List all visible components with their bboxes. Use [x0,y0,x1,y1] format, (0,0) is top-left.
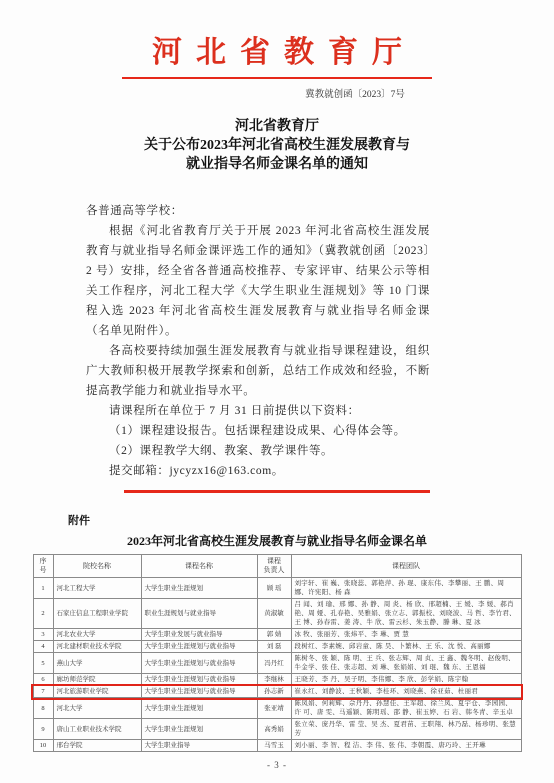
cell-no: 10 [33,740,53,752]
cell-leader: 李继林 [257,674,291,686]
cell-leader: 高秀娟 [257,719,291,740]
table-header-row: 序 号院校名称课程名称课程 负责人课程团队 [33,555,521,578]
cell-team: 冰 牧、张丽芳、张炜平、李 琳、贾 慧 [291,629,521,641]
notice-title: 河北省教育厅 关于公布2023年河北省高校生涯发展教育与 就业指导名师金课名单的… [0,117,554,174]
column-header: 课程名称 [141,555,257,578]
cell-leader: 冯丹红 [257,653,291,674]
cell-course: 大学生职业发展与就业指导 [141,629,257,641]
table-row: 4河北建材职业技术学院大学生职业生涯规划与就业指导刘 磊段树红、李素婉、邱岩童、… [33,641,521,653]
cell-team: 崔永红、刘静波、王秋颖、李桂环、刘晓燕、徐亚茹、杜丽君 [291,686,521,698]
salutation: 各普通高等学校： [86,201,430,221]
cell-team: 陈树冬、张 颖、陈 明、王 兵、张志辉、周 贞、王 鑫、魏冬明、赵俊明、牛金学、… [291,653,521,674]
cell-school: 唐山工业职业技术学院 [53,719,141,740]
cell-no: 9 [33,719,53,740]
cell-course: 大学生职业生涯规划与就业指导 [141,686,257,698]
cell-school: 石家庄信息工程职业学院 [53,599,141,629]
table-row: 1河北工程大学大学生职业生涯规划顾 瑶刘宇轩、崔 巍、张晓蕊、郭艳萍、孙 琨、康… [33,578,521,599]
cell-course: 大学生职业生涯规划 [141,698,257,719]
cell-team: 吕 闻、刘 瑜、邢 娜、孙 静、周 炎、杨 欣、邢超楠、王 媛、李 媛、郝肖艳、… [291,599,521,629]
cell-no: 3 [33,629,53,641]
table-title: 2023年河北省高校生涯发展教育与就业指导名师金课名单 [0,532,554,549]
list-item-1: （1）课程建设报告。包括课程建设成果、心得体会等。 [86,421,430,441]
attachment-label: 附件 [68,512,554,528]
cell-team: 张立荣、庞丹华、雷 莹、吴 杰、夏君苗、王职翔、林乃磊、杨珍明、张慧芳 [291,719,521,740]
cell-no: 7 [33,686,53,698]
document-page: 河北省教育厅 冀教就创函〔2023〕7号 河北省教育厅 关于公布2023年河北省… [0,0,554,783]
cell-course: 大学生职业生涯规划 [141,719,257,740]
course-table-body: 1河北工程大学大学生职业生涯规划顾 瑶刘宇轩、崔 巍、张晓蕊、郭艳萍、孙 琨、康… [33,578,521,752]
cell-course: 大学生职业生涯规划与就业指导 [141,674,257,686]
cell-team: 段树红、李素婉、邱岩童、陈 昊、卜繁林、王 乐、沈 悦、高丽娜 [291,641,521,653]
cell-leader: 顾 瑶 [257,578,291,599]
email-line: 提交邮箱：jycyzx16@163.com。 [86,461,430,481]
table-row: 2石家庄信息工程职业学院职业生涯规划与就业指导黄淑敏吕 闻、刘 瑜、邢 娜、孙 … [33,599,521,629]
cell-no: 4 [33,641,53,653]
table-row-highlighted: 7河北旅游职业学院大学生职业生涯规划与就业指导孙志新崔永红、刘静波、王秋颖、李桂… [33,686,521,698]
cell-course: 大学生职业生涯规划与就业指导 [141,641,257,653]
column-header: 课程团队 [291,555,521,578]
cell-school: 廊坊师范学院 [53,674,141,686]
table-row: 9唐山工业职业技术学院大学生职业生涯规划高秀娟张立荣、庞丹华、雷 莹、吴 杰、夏… [33,719,521,740]
table-row: 5燕山大学大学生职业生涯规划与就业指导冯丹红陈树冬、张 颖、陈 明、王 兵、张志… [33,653,521,674]
cell-course: 大学生职业生涯规划 [141,578,257,599]
cell-school: 河北建材职业技术学院 [53,641,141,653]
notice-title-line1: 河北省教育厅 [0,117,554,136]
column-header: 课程 负责人 [257,555,291,578]
doc-number-text: 冀教就创函〔2023〕7号 [305,90,405,100]
cell-team: 刘宇轩、崔 巍、张晓蕊、郭艳萍、孙 琨、康东伟、李攀丽、王 鹏、周 娜、许宪阳、… [291,578,521,599]
table-row: 3河北农业大学大学生职业发展与就业指导郭 婧冰 牧、张丽芳、张炜平、李 琳、贾 … [33,629,521,641]
course-table: 序 号院校名称课程名称课程 负责人课程团队 1河北工程大学大学生职业生涯规划顾 … [33,554,522,752]
cell-leader: 孙志新 [257,686,291,698]
column-header: 院校名称 [53,555,141,578]
table-row: 10邢台学院大学生职业指导马雪玉刘小丽、李 智、程 洁、李 伟、张 伟、李朝霞、… [33,740,521,752]
cell-no: 2 [33,599,53,629]
cell-leader: 张亚靖 [257,698,291,719]
page-number: - 3 - [0,760,554,770]
list-item-2: （2）课程教学大纲、教案、教学课件等。 [86,441,430,461]
cell-no: 5 [33,653,53,674]
table-row: 6廊坊师范学院大学生职业生涯规划与就业指导李继林王晓芳、李 丹、吴子明、李伟娜、… [33,674,521,686]
cell-team: 王晓芳、李 丹、吴子明、李伟娜、李 欣、彭学娟、陈宇翰 [291,674,521,686]
cell-school: 河北旅游职业学院 [53,686,141,698]
cell-leader: 马雪玉 [257,740,291,752]
cell-team: 刘小丽、李 智、程 洁、李 伟、张 伟、李朝霞、唐巧玲、王开琳 [291,740,521,752]
column-header: 序 号 [33,555,53,578]
cell-course: 大学生职业指导 [141,740,257,752]
cell-no: 6 [33,674,53,686]
cell-school: 燕山大学 [53,653,141,674]
agency-name: 河北省教育厅 [0,0,554,72]
header-red-rule [122,77,432,79]
cell-leader: 郭 婧 [257,629,291,641]
notice-body: 各普通高等学校： 根据《河北省教育厅关于开展 2023 年河北省高校生涯发展教育… [86,201,430,481]
cell-course: 职业生涯规划与就业指导 [141,599,257,629]
cell-course: 大学生职业生涯规划与就业指导 [141,653,257,674]
cell-no: 8 [33,698,53,719]
cell-leader: 黄淑敏 [257,599,291,629]
cell-no: 1 [33,578,53,599]
paragraph-3: 请课程所在单位于 7 月 31 日前提供以下资料： [86,401,430,421]
paragraph-1: 根据《河北省教育厅关于开展 2023 年河北省高校生涯发展教育与就业指导名师金课… [86,221,430,341]
table-row: 8河北大学大学生职业生涯规划张亚靖陈凤娟、何莉辉、佘丹丹、孙慧佳、王军超、徐兰凤… [33,698,521,719]
cell-school: 邢台学院 [53,740,141,752]
cell-team: 陈凤娟、何莉辉、佘丹丹、孙慧佳、王军超、徐兰凤、夏宇仓、李园园、许 可、唐 雯、… [291,698,521,719]
closing-red-rule [124,490,430,493]
notice-title-line2: 关于公布2023年河北省高校生涯发展教育与 [0,136,554,155]
cell-school: 河北大学 [53,698,141,719]
cell-leader: 刘 磊 [257,641,291,653]
cell-school: 河北农业大学 [53,629,141,641]
paragraph-2: 各高校要持续加强生涯发展教育与就业指导课程建设，组织广大教师积极开展教学探索和创… [86,341,430,401]
cell-school: 河北工程大学 [53,578,141,599]
notice-title-line3: 就业指导名师金课名单的通知 [0,155,554,174]
doc-number: 冀教就创函〔2023〕7号 [0,86,554,100]
